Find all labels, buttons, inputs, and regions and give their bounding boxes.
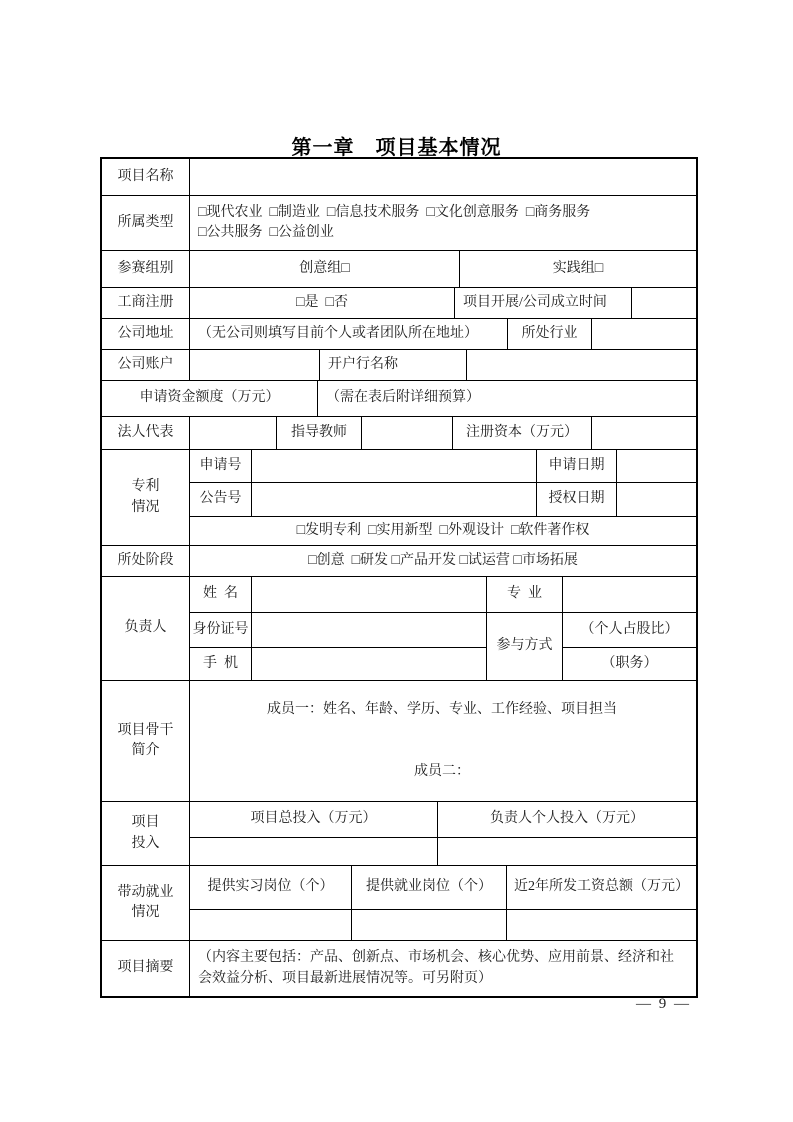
- row-stage: 所处阶段 □创意 □研发 □产品开发 □试运营 □市场拓展: [102, 546, 696, 577]
- funding-note: （需在表后附详细预算）: [318, 381, 696, 416]
- patent-types-options: □发明专利 □实用新型 □外观设计 □软件著作权: [190, 517, 696, 545]
- investment-label: 项目 投入: [102, 802, 190, 865]
- project-name-label: 项目名称: [102, 159, 190, 195]
- registered-capital-value-cell: [592, 417, 696, 449]
- team-member2-line: 成员二：: [198, 761, 686, 783]
- investment-section: 项目 投入 项目总投入（万元） 负责人个人投入（万元）: [102, 802, 696, 866]
- registered-capital-label: 注册资本（万元）: [453, 417, 592, 449]
- employment-label: 带动就业 情况: [102, 866, 190, 940]
- row-project-name: 项目名称: [102, 159, 696, 196]
- start-time-value-cell: [632, 288, 696, 318]
- personal-investment-label: 负责人个人投入（万元）: [438, 802, 696, 837]
- announcement-no-label: 公告号: [190, 483, 252, 516]
- participation-mode-label: 参与方式: [487, 613, 563, 680]
- row-category: 所属类型 □现代农业 □制造业 □信息技术服务 □文化创意服务 □商务服务 □公…: [102, 196, 696, 251]
- position-label: （职务）: [563, 648, 696, 681]
- leader-phone-label: 手 机: [190, 648, 252, 681]
- salary-total-label: 近2年所发工资总额（万元）: [507, 866, 696, 909]
- competition-group-label: 参赛组别: [102, 251, 190, 287]
- team-intro-content: 指导教师（限一名）：姓名，性别，职务，职称 成员一：姓名、年龄、学历、专业、工作…: [190, 681, 696, 801]
- rows-leader-id-phone: 身份证号 手 机 参与方式 （个人占股比） （职务）: [190, 613, 696, 680]
- address-hint: （无公司则填写目前个人或者团队所在地址）: [190, 319, 508, 349]
- leader-id-value-cell: [252, 613, 487, 647]
- project-name-value-cell: [190, 159, 696, 195]
- advisor-value-cell: [362, 417, 453, 449]
- creative-group-option: 创意组□: [190, 251, 460, 287]
- internship-positions-value-cell: [190, 910, 352, 940]
- patent-label: 专利 情况: [102, 450, 190, 545]
- practice-group-option: 实践组□: [460, 251, 696, 287]
- application-date-label: 申请日期: [537, 450, 617, 482]
- row-competition-group: 参赛组别 创意组□ 实践组□: [102, 251, 696, 288]
- legal-rep-value-cell: [190, 417, 277, 449]
- job-positions-label: 提供就业岗位（个）: [352, 866, 507, 909]
- total-investment-value-cell: [190, 838, 438, 865]
- row-investment-values: [190, 838, 696, 865]
- leader-section: 负责人 姓 名 专 业 身份证号 手 机: [102, 577, 696, 681]
- team-intro-label-line2: 简介: [132, 741, 160, 761]
- advisor-label: 指导教师: [277, 417, 362, 449]
- bank-name-value-cell: [467, 350, 696, 380]
- industry-label: 所处行业: [508, 319, 592, 349]
- leader-name-label: 姓 名: [190, 577, 252, 612]
- funding-label: 申请资金额度（万元）: [102, 381, 318, 416]
- account-label: 公司账户: [102, 350, 190, 380]
- registration-options: □是 □否: [190, 288, 455, 318]
- row-account: 公司账户 开户行名称: [102, 350, 696, 381]
- internship-positions-label: 提供实习岗位（个）: [190, 866, 352, 909]
- leader-label: 负责人: [102, 577, 190, 680]
- patent-label-line2: 情况: [132, 498, 160, 518]
- row-patent-types: □发明专利 □实用新型 □外观设计 □软件著作权: [190, 517, 696, 545]
- salary-total-value-cell: [507, 910, 696, 940]
- row-address: 公司地址 （无公司则填写目前个人或者团队所在地址） 所处行业: [102, 319, 696, 350]
- authorization-date-label: 授权日期: [537, 483, 617, 516]
- summary-content: （内容主要包括：产品、创新点、市场机会、核心优势、应用前景、经济和社会效益分析、…: [190, 941, 696, 996]
- personal-investment-value-cell: [438, 838, 696, 865]
- row-team-intro: 项目骨干 简介 指导教师（限一名）：姓名，性别，职务，职称 成员一：姓名、年龄、…: [102, 681, 696, 802]
- job-positions-value-cell: [352, 910, 507, 940]
- application-no-label: 申请号: [190, 450, 252, 482]
- account-value-cell: [190, 350, 320, 380]
- row-patent-announcement: 公告号 授权日期: [190, 483, 696, 517]
- total-investment-label: 项目总投入（万元）: [190, 802, 438, 837]
- project-info-table: 项目名称 所属类型 □现代农业 □制造业 □信息技术服务 □文化创意服务 □商务…: [100, 157, 698, 998]
- industry-value-cell: [592, 319, 696, 349]
- row-registration: 工商注册 □是 □否 项目开展/公司成立时间: [102, 288, 696, 319]
- row-leader-phone: 手 机: [190, 648, 487, 681]
- leader-phone-value-cell: [252, 648, 487, 681]
- stage-label: 所处阶段: [102, 546, 190, 576]
- row-position: （职务）: [563, 648, 696, 681]
- application-no-value-cell: [252, 450, 537, 482]
- announcement-no-value-cell: [252, 483, 537, 516]
- leader-major-label: 专 业: [487, 577, 563, 612]
- team-intro-label-line1: 项目骨干: [118, 721, 174, 741]
- team-intro-label: 项目骨干 简介: [102, 681, 190, 801]
- page-number: — 9 —: [636, 996, 691, 1013]
- patent-label-line1: 专利: [132, 477, 160, 497]
- investment-label-line2: 投入: [132, 834, 160, 854]
- row-leader-id: 身份证号: [190, 613, 487, 648]
- row-legal: 法人代表 指导教师 注册资本（万元）: [102, 417, 696, 450]
- row-employment-values: [190, 910, 696, 940]
- category-options-line2: □公共服务 □公益创业: [198, 223, 334, 243]
- bank-name-label: 开户行名称: [320, 350, 467, 380]
- team-member1-line: 成员一：姓名、年龄、学历、专业、工作经验、项目担当: [198, 699, 686, 721]
- page-title: 第一章 项目基本情况: [0, 131, 793, 160]
- row-summary: 项目摘要 （内容主要包括：产品、创新点、市场机会、核心优势、应用前景、经济和社会…: [102, 941, 696, 996]
- legal-rep-label: 法人代表: [102, 417, 190, 449]
- leader-major-value-cell: [563, 577, 696, 612]
- row-patent-application: 申请号 申请日期: [190, 450, 696, 483]
- row-employment-header: 提供实习岗位（个） 提供就业岗位（个） 近2年所发工资总额（万元）: [190, 866, 696, 910]
- row-share-ratio: （个人占股比）: [563, 613, 696, 648]
- row-leader-name: 姓 名 专 业: [190, 577, 696, 613]
- stage-options: □创意 □研发 □产品开发 □试运营 □市场拓展: [190, 546, 696, 576]
- authorization-date-value-cell: [617, 483, 696, 516]
- start-time-label: 项目开展/公司成立时间: [455, 288, 632, 318]
- row-investment-header: 项目总投入（万元） 负责人个人投入（万元）: [190, 802, 696, 838]
- category-options-cell: □现代农业 □制造业 □信息技术服务 □文化创意服务 □商务服务 □公共服务 □…: [190, 196, 696, 250]
- employment-section: 带动就业 情况 提供实习岗位（个） 提供就业岗位（个） 近2年所发工资总额（万元…: [102, 866, 696, 941]
- summary-label: 项目摘要: [102, 941, 190, 996]
- share-ratio-label: （个人占股比）: [563, 613, 696, 647]
- employment-label-line2: 情况: [132, 903, 160, 923]
- category-label: 所属类型: [102, 196, 190, 250]
- investment-label-line1: 项目: [132, 813, 160, 833]
- employment-label-line1: 带动就业: [118, 883, 174, 903]
- leader-id-label: 身份证号: [190, 613, 252, 647]
- application-date-value-cell: [617, 450, 696, 482]
- patent-section: 专利 情况 申请号 申请日期 公告号 授权日期 □发明专利 □实用新型 □外观设…: [102, 450, 696, 546]
- registration-label: 工商注册: [102, 288, 190, 318]
- leader-name-value-cell: [252, 577, 487, 612]
- address-label: 公司地址: [102, 319, 190, 349]
- row-funding: 申请资金额度（万元） （需在表后附详细预算）: [102, 381, 696, 417]
- category-options-line1: □现代农业 □制造业 □信息技术服务 □文化创意服务 □商务服务: [198, 203, 590, 223]
